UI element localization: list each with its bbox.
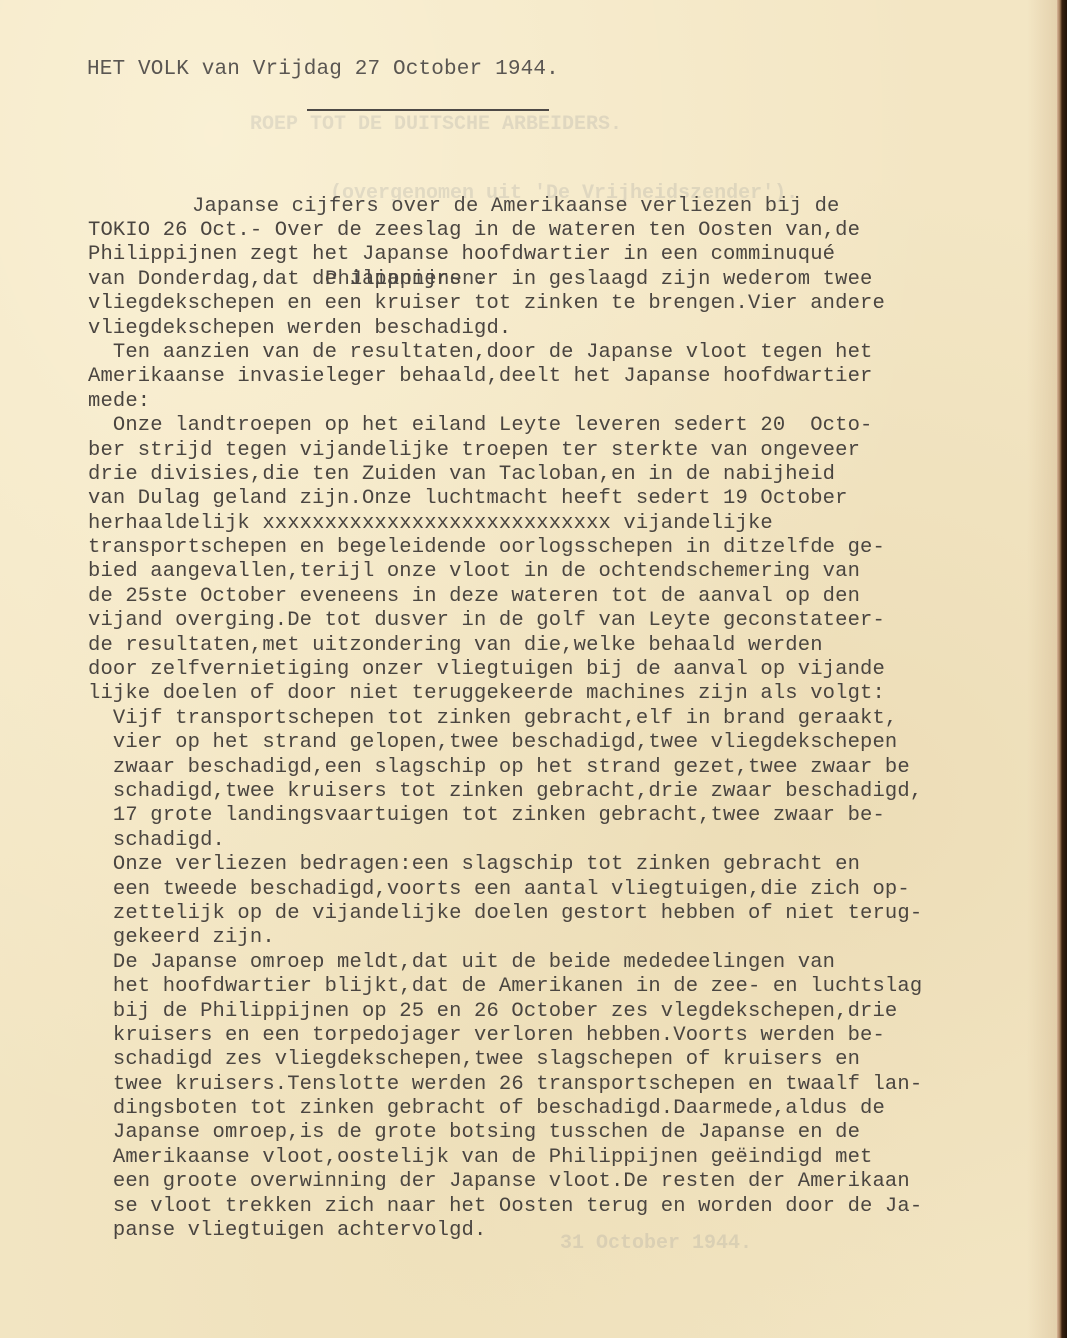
body-line: Philippijnen zegt het Japanse hoofdwarti… [88, 243, 922, 267]
body-line: bied aangevallen,terijl onze vloot in de… [88, 560, 922, 584]
body-line: dingsboten tot zinken gebracht of bescha… [88, 1097, 922, 1121]
body-line: lijke doelen of door niet teruggekeerde … [88, 682, 922, 706]
title-line: Japanse cijfers over de Amerikaanse verl… [192, 195, 840, 219]
body-line: bij de Philippijnen op 25 en 26 October … [88, 1000, 922, 1024]
body-line: mede: [88, 390, 922, 414]
body-line: drie divisies,die ten Zuiden van Tacloba… [88, 463, 922, 487]
body-line: vier op het strand gelopen,twee beschadi… [88, 731, 922, 755]
body-line: vliegdekschepen en een kruiser tot zinke… [88, 292, 922, 316]
body-line: vliegdekschepen werden beschadigd. [88, 317, 922, 341]
body-line: van Donderdag,dat de Japanners er in ges… [88, 268, 922, 292]
body-line: Japanse omroep,is de grote botsing tussc… [88, 1121, 922, 1145]
body-line: TOKIO 26 Oct.- Over de zeeslag in de wat… [88, 219, 922, 243]
body-line: schadigd. [88, 829, 922, 853]
divider-rule [307, 109, 549, 111]
typewritten-document-page: ROEP TOT DE DUITSCHE ARBEIDERS. (overgen… [0, 0, 1067, 1338]
body-line: Amerikaanse vloot,oostelijk van de Phili… [88, 1146, 922, 1170]
body-line: Onze verliezen bedragen:een slagschip to… [88, 853, 922, 877]
body-line: een groote overwinning der Japanse vloot… [88, 1170, 922, 1194]
body-line: van Dulag geland zijn.Onze luchtmacht he… [88, 487, 922, 511]
paper-edge-shadow [1027, 0, 1057, 1338]
document-body: TOKIO 26 Oct.- Over de zeeslag in de wat… [88, 219, 922, 1243]
paper-edge [1057, 0, 1067, 1338]
body-line: herhaaldelijk xxxxxxxxxxxxxxxxxxxxxxxxxx… [88, 512, 922, 536]
body-line: ber strijd tegen vijandeliјke troepen te… [88, 439, 922, 463]
body-line: kruisers en een torpedojager verloren he… [88, 1024, 922, 1048]
body-line: een tweede beschadigd,voorts een aantal … [88, 878, 922, 902]
body-line: Vijf transportschepen tot zinken gebrach… [88, 707, 922, 731]
body-line: zwaar beschadigd,een slagschip op het st… [88, 756, 922, 780]
body-line: door zelfvernietiging onzer vliegtuigen … [88, 658, 922, 682]
bleed-through-text: ROEP TOT DE DUITSCHE ARBEIDERS. [250, 113, 622, 136]
body-line: schadigd zes vliegdekschepen,twee slagsc… [88, 1048, 922, 1072]
body-line: Onze landtroepen op het eiland Leyte lev… [88, 414, 922, 438]
body-line: Amerikaanse invasieleger behaald,deelt h… [88, 365, 922, 389]
body-line: vijand overging.De tot dusver in de golf… [88, 609, 922, 633]
body-line: gekeerd zijn. [88, 926, 922, 950]
body-line: twee kruisers.Tenslotte werden 26 transp… [88, 1073, 922, 1097]
document-header: HET VOLK van Vrijdag 27 October 1944. [87, 58, 559, 82]
body-line: transportschepen en begeleidende oorlogs… [88, 536, 922, 560]
body-line: het hoofdwartier blijkt,dat de Amerikane… [88, 975, 922, 999]
body-line: de 25ste October eveneens in deze watere… [88, 585, 922, 609]
body-line: se vloot trekken zich naar het Oosten te… [88, 1195, 922, 1219]
body-line: De Japanse omroep meldt,dat uit de beide… [88, 951, 922, 975]
body-line: Ten aanzien van de resultaten,door de Ja… [88, 341, 922, 365]
body-line: 17 grote landingsvaartuigen tot zinken g… [88, 804, 922, 828]
body-line: panse vliegtuigen achtervolgd. [88, 1219, 922, 1243]
body-line: schadigd,twee kruisers tot zinken gebrac… [88, 780, 922, 804]
body-line: de resultaten,met uitzondering van die,w… [88, 634, 922, 658]
body-line: zettelijk op de vijandelijke doelen gest… [88, 902, 922, 926]
